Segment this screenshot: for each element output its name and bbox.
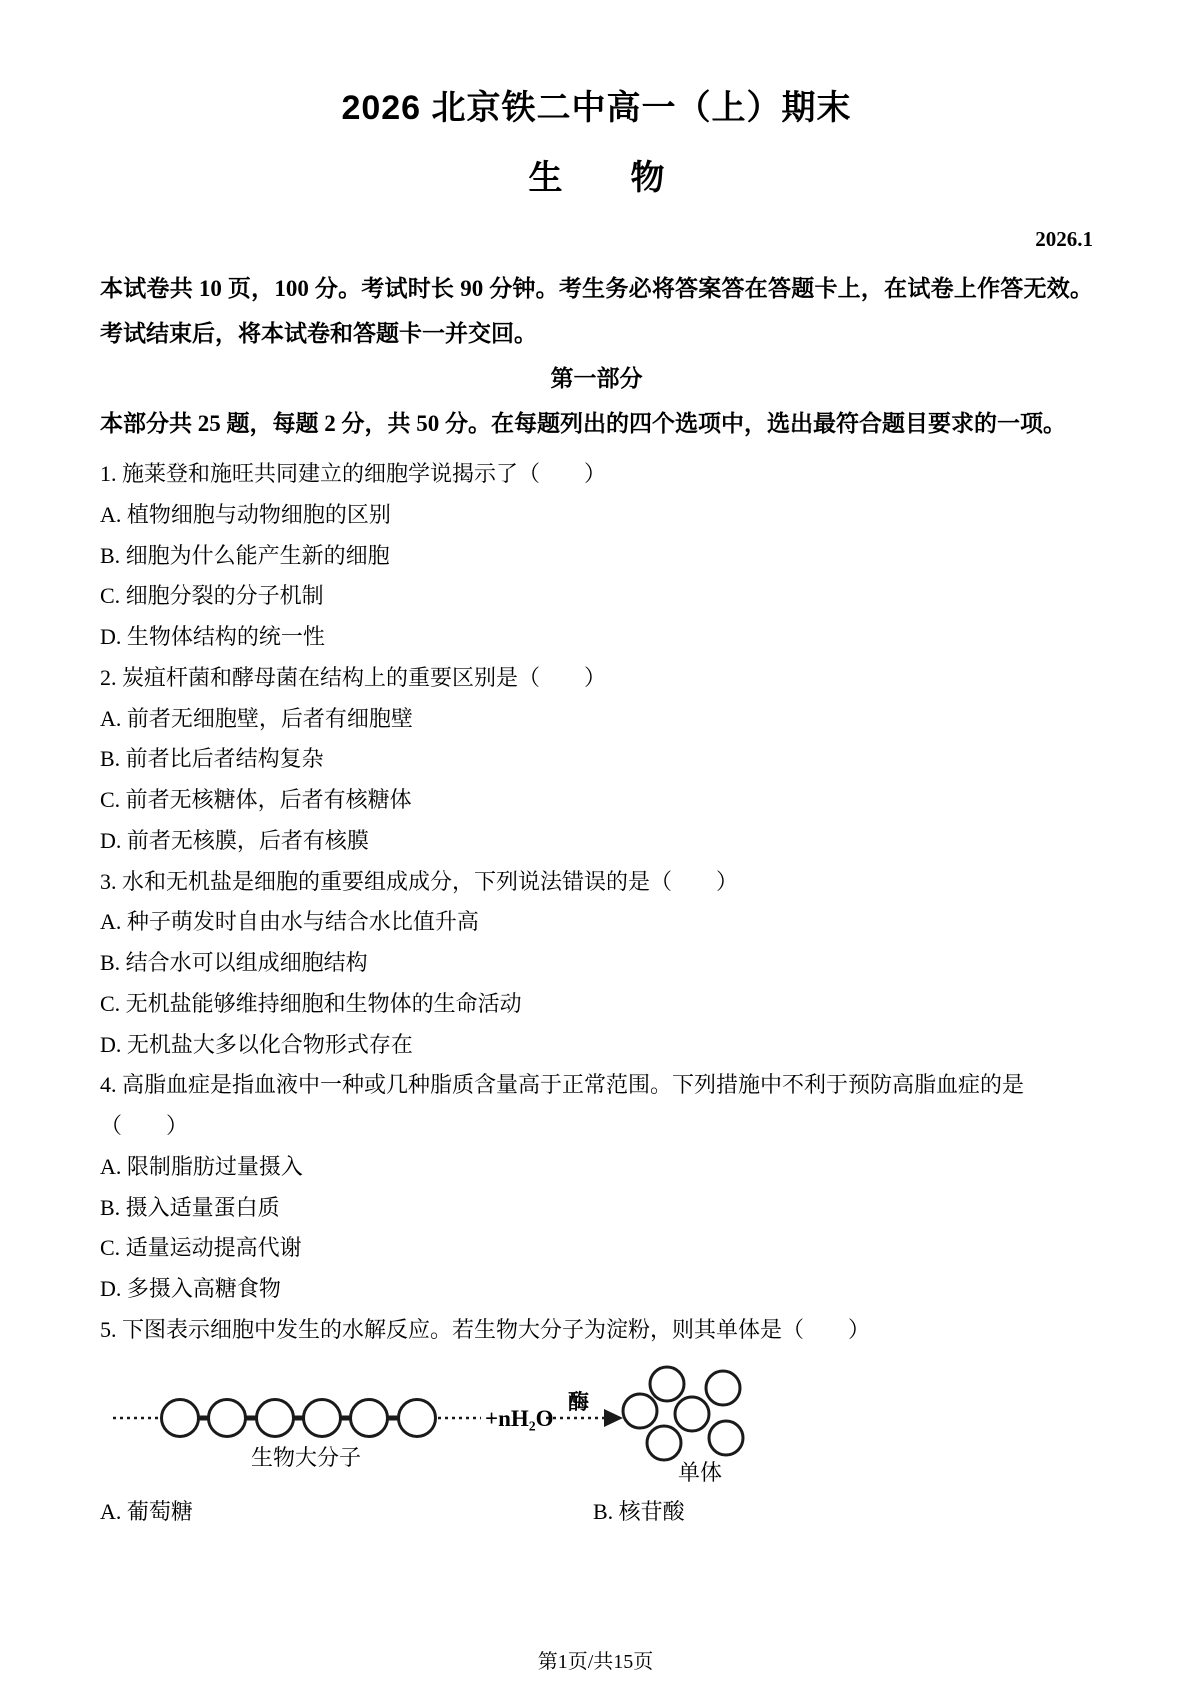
monomer-circle [709,1421,743,1455]
exam-date: 2026.1 [100,222,1093,256]
option-b: B. 核苷酸 [593,1491,685,1532]
monomer-circle [623,1394,657,1428]
question-stem: 1. 施莱登和施旺共同建立的细胞学说揭示了（ ） [100,454,1093,495]
question-3: 3. 水和无机盐是细胞的重要组成成分，下列说法错误的是（ ） A. 种子萌发时自… [100,862,1093,1066]
question-5-options-row: A. 葡萄糖 B. 核苷酸 [100,1491,1093,1532]
option-c: C. 无机盐能够维持细胞和生物体的生命活动 [100,984,1093,1025]
page-content: 2026 北京铁二中高一（上）期末 生 物 2026.1 本试卷共 10 页，1… [0,86,1191,1532]
monomer-label: 单体 [678,1460,722,1485]
enzyme-label: 酶 [568,1390,589,1414]
option-d: D. 无机盐大多以化合物形式存在 [100,1025,1093,1066]
monomer-circle [650,1367,684,1401]
enzyme-arrow-head [604,1409,623,1427]
option-a: A. 植物细胞与动物细胞的区别 [100,495,1093,536]
option-a: A. 种子萌发时自由水与结合水比值升高 [100,902,1093,943]
option-d: D. 生物体结构的统一性 [100,617,1093,658]
question-stem: 4. 高脂血症是指血液中一种或几种脂质含量高于正常范围。下列措施中不利于预防高脂… [100,1065,1093,1147]
option-c: C. 前者无核糖体，后者有核糖体 [100,780,1093,821]
option-c: C. 适量运动提高代谢 [100,1228,1093,1269]
option-b: B. 摄入适量蛋白质 [100,1188,1093,1229]
question-stem: 5. 下图表示细胞中发生的水解反应。若生物大分子为淀粉，则其单体是（ ） [100,1310,1093,1351]
option-a: A. 前者无细胞壁，后者有细胞壁 [100,699,1093,740]
option-a: A. 限制脂肪过量摄入 [100,1147,1093,1188]
monomer-unit-circle [304,1399,341,1436]
option-d: D. 多摄入高糖食物 [100,1269,1093,1310]
question-stem: 2. 炭疽杆菌和酵母菌在结构上的重要区别是（ ） [100,658,1093,699]
option-a: A. 葡萄糖 [100,1499,193,1524]
monomer-circle [675,1397,709,1431]
question-4: 4. 高脂血症是指血液中一种或几种脂质含量高于正常范围。下列措施中不利于预防高脂… [100,1065,1093,1310]
hydrolysis-diagram: +nH₂O 酶 生物大分子 单体 [100,1351,1093,1491]
monomer-unit-circle [351,1399,388,1436]
monomer-unit-circle [209,1399,246,1436]
option-c: C. 细胞分裂的分子机制 [100,576,1093,617]
option-b: B. 前者比后者结构复杂 [100,739,1093,780]
monomer-unit-circle [399,1399,436,1436]
macromolecule-label: 生物大分子 [251,1445,361,1470]
question-2: 2. 炭疽杆菌和酵母菌在结构上的重要区别是（ ） A. 前者无细胞壁，后者有细胞… [100,658,1093,862]
question-1: 1. 施莱登和施旺共同建立的细胞学说揭示了（ ） A. 植物细胞与动物细胞的区别… [100,454,1093,658]
exam-instructions: 本试卷共 10 页，100 分。考试时长 90 分钟。考生务必将答案答在答题卡上… [100,266,1093,356]
question-stem: 3. 水和无机盐是细胞的重要组成成分，下列说法错误的是（ ） [100,862,1093,903]
option-d: D. 前者无核膜，后者有核膜 [100,821,1093,862]
question-5: 5. 下图表示细胞中发生的水解反应。若生物大分子为淀粉，则其单体是（ ） [100,1310,1093,1532]
option-b: B. 细胞为什么能产生新的细胞 [100,536,1093,577]
section-instructions: 本部分共 25 题，每题 2 分，共 50 分。在每题列出的四个选项中，选出最符… [100,401,1093,446]
subject-title: 生 物 [100,156,1093,200]
monomer-circle [706,1371,740,1405]
monomer-unit-circle [162,1399,199,1436]
section-title: 第一部分 [100,356,1093,401]
water-term: +nH₂O [485,1406,554,1431]
option-b: B. 结合水可以组成细胞结构 [100,943,1093,984]
monomer-circle [647,1426,681,1460]
page-title: 2026 北京铁二中高一（上）期末 [100,86,1093,130]
page-number-footer: 第1页/共15页 [0,1648,1191,1676]
monomer-unit-circle [257,1399,294,1436]
exam-paper-page: 2026 北京铁二中高一（上）期末 生 物 2026.1 本试卷共 10 页，1… [0,0,1191,1684]
monomer-cluster-circles [623,1367,743,1460]
